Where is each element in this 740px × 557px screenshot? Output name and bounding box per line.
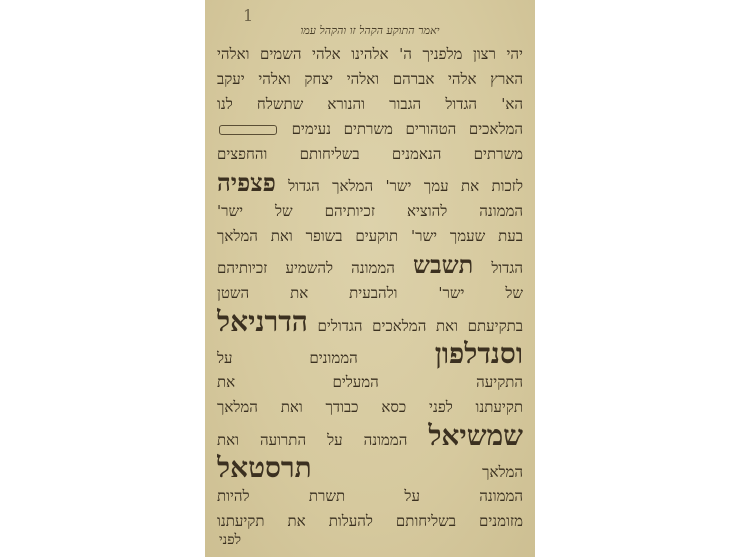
angel-name: הדרניאל bbox=[217, 306, 308, 338]
line-text: הגדול bbox=[491, 259, 523, 277]
line-text: בתקיעתם ואת המלאכים הגדולים bbox=[318, 317, 523, 335]
manuscript-text-block: יאמר התוקע הקהל זו והקהל עמו יהי רצון מל… bbox=[217, 20, 523, 534]
angel-name: תשבש bbox=[413, 250, 473, 279]
angel-name: פצפיה bbox=[217, 168, 276, 197]
line-text: הממונה על התרועה ואת bbox=[217, 431, 407, 449]
line-filler-mark bbox=[219, 125, 277, 135]
text-line-18: מזומנים בשליחותם להעלות את תקיעתנו bbox=[217, 509, 523, 534]
angel-name: תרסטאל bbox=[217, 452, 312, 484]
line-text: יהי רצון מלפניך ה' אלהינו אלהי השמים ואל… bbox=[217, 45, 523, 63]
line-text: הממונה על תשרת להיות bbox=[217, 487, 523, 505]
line-text: הממונה להוציא זכיותיהם של ישר' bbox=[217, 202, 523, 220]
text-line-2: הארץ אלהי אברהם ואלהי יצחק ואלהי יעקב bbox=[217, 67, 523, 92]
header-line: יאמר התוקע הקהל זו והקהל עמו bbox=[217, 20, 523, 42]
catchword: לפני bbox=[219, 532, 241, 549]
text-line-10: של ישר' ולהבעית את השטן bbox=[217, 281, 523, 306]
angel-name: שמשיאל bbox=[428, 420, 523, 452]
text-line-7: הממונה להוציא זכיותיהם של ישר' bbox=[217, 199, 523, 224]
text-line-6: לזכות את עמך ישר' המלאך הגדול פצפיה bbox=[217, 167, 523, 199]
text-line-1: יהי רצון מלפניך ה' אלהינו אלהי השמים ואל… bbox=[217, 42, 523, 67]
line-text: הא' הגדול הגבור והנורא שתשלח לנו bbox=[217, 95, 523, 113]
line-text: התקיעה המעלים את bbox=[217, 373, 523, 391]
manuscript-page: 1 יאמר התוקע הקהל זו והקהל עמו יהי רצון … bbox=[205, 0, 535, 557]
text-line-13: התקיעה המעלים את bbox=[217, 370, 523, 395]
line-text: תקיעתנו לפני כסא כבודך ואת המלאך bbox=[217, 398, 523, 416]
line-text: של ישר' ולהבעית את השטן bbox=[217, 284, 523, 302]
line-text: בעת שעמך ישר' תוקעים בשופר ואת המלאך bbox=[217, 227, 523, 245]
line-text: מזומנים בשליחותם להעלות את תקיעתנו bbox=[217, 512, 523, 530]
text-line-15: שמשיאל הממונה על התרועה ואת bbox=[217, 420, 523, 452]
text-line-16: המלאך תרסטאל bbox=[217, 452, 523, 484]
text-line-9: הגדול תשבש הממונה להשמיע זכיותיהם bbox=[217, 249, 523, 281]
line-text: המלאכים הטהורים משרתים נעימים bbox=[292, 120, 523, 138]
text-line-12: וסנדלפון הממונים על bbox=[217, 338, 523, 370]
line-text: המלאך bbox=[482, 463, 523, 481]
line-text: לזכות את עמך ישר' המלאך הגדול bbox=[288, 177, 523, 195]
text-line-8: בעת שעמך ישר' תוקעים בשופר ואת המלאך bbox=[217, 224, 523, 249]
text-line-5: משרתים הנאמנים בשליחותם והחפצים bbox=[217, 142, 523, 167]
line-text: הממונה להשמיע זכיותיהם bbox=[217, 259, 395, 277]
text-line-4: המלאכים הטהורים משרתים נעימים bbox=[217, 117, 523, 142]
text-line-3: הא' הגדול הגבור והנורא שתשלח לנו bbox=[217, 92, 523, 117]
line-text: הארץ אלהי אברהם ואלהי יצחק ואלהי יעקב bbox=[217, 70, 523, 88]
line-text: משרתים הנאמנים בשליחותם והחפצים bbox=[217, 145, 523, 163]
text-line-14: תקיעתנו לפני כסא כבודך ואת המלאך bbox=[217, 395, 523, 420]
text-line-17: הממונה על תשרת להיות bbox=[217, 484, 523, 509]
text-line-11: בתקיעתם ואת המלאכים הגדולים הדרניאל bbox=[217, 306, 523, 338]
angel-name: וסנדלפון bbox=[435, 338, 523, 370]
line-text: הממונים על bbox=[217, 349, 358, 367]
